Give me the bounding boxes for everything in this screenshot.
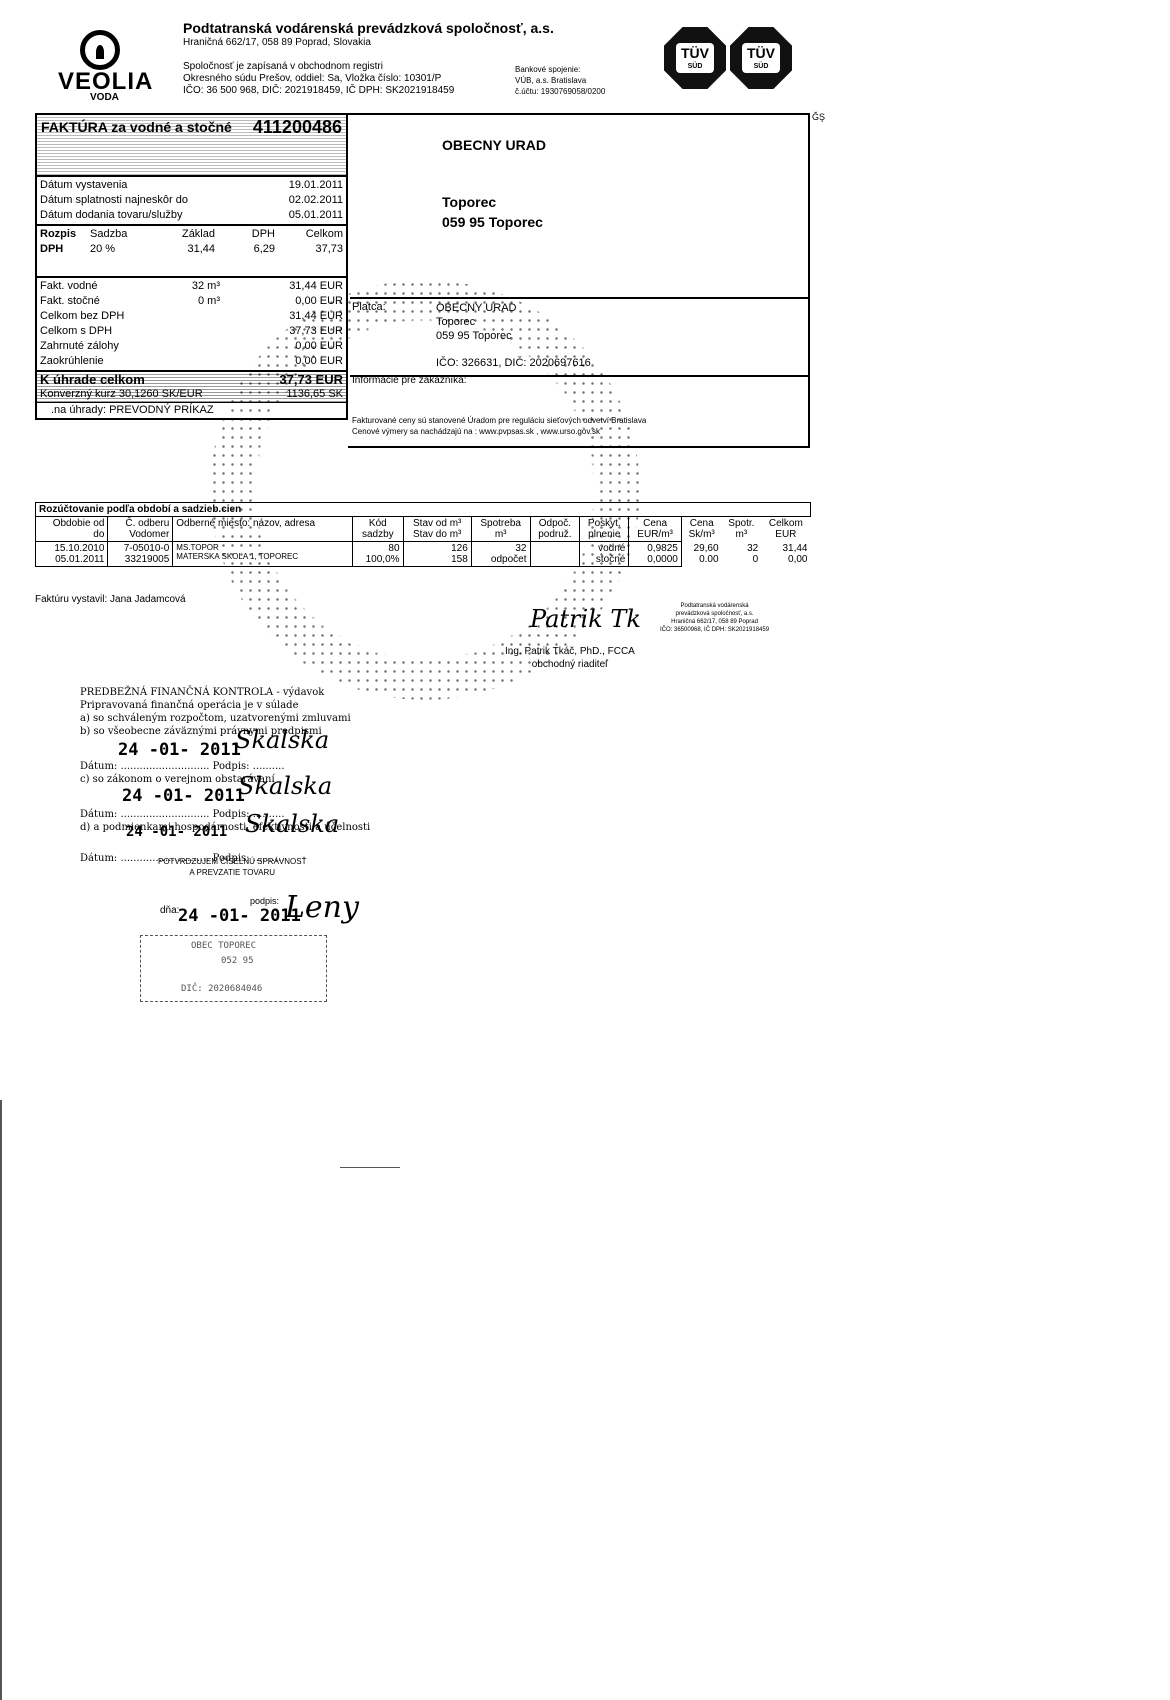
column-header: Spotr.m³ (722, 517, 762, 542)
table-cell: 31,440,00 (761, 542, 810, 567)
charge-label: Fakt. vodné (40, 279, 170, 294)
scan-mark (340, 1167, 400, 1168)
table-cell (530, 542, 580, 567)
control-date-1: 24 -01- 2011 (118, 740, 241, 760)
charge-label: Zaokrúhlenie (40, 354, 170, 369)
charge-line: Fakt. vodné32 m³31,44 EUR (37, 279, 346, 294)
vat-head: DPH (215, 227, 275, 242)
recipient-name: OBECNY URAD (442, 137, 546, 153)
company-registry: Spoločnosť je zapísaná v obchodnom regis… (183, 61, 454, 97)
office-line: 052 95 (221, 956, 254, 966)
sign-label: Podpis: (213, 761, 250, 772)
signatory-name: Ing. Patrik Tkáč, PhD., FCCA (505, 645, 635, 658)
cert-sub: SÜD (742, 63, 780, 71)
date-label: Dátum dodania tovaru/služby (40, 208, 182, 223)
control-date-2: 24 -01- 2011 (122, 786, 245, 806)
confirm-sign-label: podpis: (250, 896, 279, 906)
date-value: 05.01.2011 (289, 208, 343, 223)
stamp-line: IČO: 36500968, IČ DPH: SK2021918459 (660, 626, 769, 634)
charge-qty (170, 354, 220, 369)
charge-qty (170, 339, 220, 354)
vat-row: DPH 20 % 31,44 6,29 37,73 (37, 242, 346, 257)
confirm-date-label: dňa: (160, 905, 179, 916)
charge-label: Fakt. stočné (40, 294, 170, 309)
confirm-date: 24 -01- 2011 (178, 906, 301, 926)
table-cell: 0,98250,0000 (629, 542, 681, 567)
date-row: Dátum vystavenia19.01.2011 (37, 178, 346, 193)
confirm-signature: Leny (285, 890, 359, 925)
company-name: Podtatranská vodárenská prevádzková spol… (183, 20, 554, 36)
table-cell: vodnéstočné (580, 542, 629, 567)
invoice-dates: Dátum vystavenia19.01.2011 Dátum splatno… (37, 177, 346, 226)
vat-header: Rozpis Sadzba Základ DPH Celkom (37, 227, 346, 242)
charge-qty: 32 m³ (170, 279, 220, 294)
date-row: Dátum dodania tovaru/služby05.01.2011 (37, 208, 346, 223)
sign-label: Podpis: (213, 809, 250, 820)
vat-head: Rozpis (40, 227, 90, 242)
vat-head: Základ (145, 227, 215, 242)
company-stamp: Podtatranská vodárenská prevádzková spol… (660, 602, 769, 634)
table-cell: 80100,0% (353, 542, 403, 567)
date-row: Dátum splatnosti najneskôr do02.02.2011 (37, 193, 346, 208)
column-header: Spotrebam³ (471, 517, 530, 542)
column-header: Odpoč.podruž. (530, 517, 580, 542)
invoice-header: FAKTÚRA za vodné a stočné 411200486 (37, 115, 346, 177)
confirm-line: POTVRDZUJEM ČÍSELNÚ SPRÁVNOSŤ (158, 856, 306, 867)
company-address: Hraničná 662/17, 058 89 Poprad, Slovakia (183, 37, 371, 48)
cert-sub: SÜD (676, 63, 714, 71)
office-line: DIČ: 2020684046 (181, 984, 262, 994)
table-cell: 7-05010-033219005 (108, 542, 173, 567)
date-label: Dátum: (80, 853, 117, 864)
column-header: Obdobie oddo (36, 517, 108, 542)
control-line: PREDBEŽNÁ FINANČNÁ KONTROLA - výdavok (80, 686, 370, 699)
bank-line: Bankové spojenie: (515, 64, 605, 75)
date-label: Dátum vystavenia (40, 178, 127, 193)
control-signature-1: Skalska (235, 726, 329, 754)
control-line: Pripravovaná finančná operácia je v súla… (80, 699, 370, 712)
allocation-table: Rozúčtovanie podľa období a sadzieb.cien… (35, 502, 811, 567)
conversion-label: Konverzný kurz 30,1260 SK/EUR (40, 387, 203, 402)
charge-label: Zahrnuté zálohy (40, 339, 170, 354)
signatory: Ing. Patrik Tkáč, PhD., FCCA obchodný ri… (505, 645, 635, 671)
charge-line: Fakt. stočné0 m³0,00 EUR (37, 294, 346, 309)
bank-details: Bankové spojenie: VÚB, a.s. Bratislava č… (515, 64, 605, 97)
charge-label: Celkom bez DPH (40, 309, 170, 324)
charge-qty: 0 m³ (170, 294, 220, 309)
invoice-number: 411200486 (253, 117, 342, 138)
tuv-cert-icon: TÜVSÜD (664, 27, 726, 89)
invoice-title: FAKTÚRA za vodné a stočné (41, 119, 232, 135)
control-line: a) so schváleným rozpočtom, uzatvorenými… (80, 712, 370, 725)
vat-head: Sadzba (90, 227, 145, 242)
office-stamp: OBEC TOPOREC 052 95 DIČ: 2020684046 (140, 935, 327, 1002)
registry-line: IČO: 36 500 968, DIČ: 2021918459, IČ DPH… (183, 85, 454, 97)
column-header: Odberné miesto: názov, adresa (173, 517, 353, 542)
column-header: CenaSk/m³ (681, 517, 721, 542)
registry-line: Okresného súdu Prešov, oddiel: Sa, Vložk… (183, 73, 454, 85)
vat-cell: 20 % (90, 242, 145, 257)
control-signature-3: Skalska (245, 810, 339, 838)
scan-edge (0, 1100, 2, 1700)
column-header: Č. odberuVodomer (108, 517, 173, 542)
recipient-address: Toporec 059 95 Toporec (442, 192, 543, 232)
confirm-line: A PREVZATIE TOVARU (158, 867, 306, 878)
stamp-line: prevádzková spoločnosť, a.s. (660, 610, 769, 618)
vat-breakdown: Rozpis Sadzba Základ DPH Celkom DPH 20 %… (37, 226, 346, 278)
column-header: Stav od m³Stav do m³ (403, 517, 471, 542)
stamp-line: Podtatranská vodárenská (660, 602, 769, 610)
vat-cell: 6,29 (215, 242, 275, 257)
table-cell: 32odpočet (471, 542, 530, 567)
charge-label: Celkom s DPH (40, 324, 170, 339)
page-mark: ĞŞ (812, 112, 825, 122)
date-value: 19.01.2011 (289, 178, 343, 193)
charge-value: 31,44 EUR (220, 279, 343, 294)
vat-cell: DPH (40, 242, 90, 257)
veolia-logo-icon (80, 30, 120, 70)
bank-line: VÚB, a.s. Bratislava (515, 75, 605, 86)
director-signature: Patrik Tk (530, 605, 641, 633)
allocation-title: Rozúčtovanie podľa období a sadzieb.cien (36, 503, 811, 517)
table-cell: 126158 (403, 542, 471, 567)
cert-label: TÜV (747, 45, 775, 61)
date-label: Dátum: (80, 809, 117, 820)
table-row: 15.10.201005.01.20117-05010-033219005MS.… (36, 542, 811, 567)
table-cell: 29,600.00 (681, 542, 721, 567)
watermark-ring (210, 280, 640, 700)
table-cell: 15.10.201005.01.2011 (36, 542, 108, 567)
control-date-3: 24 -01- 2011 (126, 824, 227, 840)
confirmation-stamp: POTVRDZUJEM ČÍSELNÚ SPRÁVNOSŤ A PREVZATI… (158, 856, 306, 878)
total-label: K úhrade celkom (40, 372, 145, 387)
table-cell: MS.TOPORMATERSKA SKOLA 1, TOPOREC (173, 542, 353, 567)
column-header: Poskyt.plnenie (580, 517, 629, 542)
charge-qty (170, 324, 220, 339)
issued-by: Faktúru vystavil: Jana Jadamcová (35, 594, 186, 605)
date-value: 02.02.2011 (289, 193, 343, 208)
date-label: Dátum splatnosti najneskôr do (40, 193, 188, 208)
recipient-line: Toporec (442, 192, 543, 212)
cert-label: TÜV (681, 45, 709, 61)
bank-line: č.účtu: 1930769058/0200 (515, 86, 605, 97)
vat-cell: 37,73 (275, 242, 343, 257)
vat-cell: 31,44 (145, 242, 215, 257)
tuv-cert-icon: TÜVSÜD (730, 27, 792, 89)
date-label: Dátum: (80, 761, 117, 772)
registry-line: Spoločnosť je zapísaná v obchodnom regis… (183, 61, 454, 73)
column-header: CenaEUR/m³ (629, 517, 681, 542)
office-line: OBEC TOPOREC (191, 941, 256, 951)
logo-sub: VODA (90, 92, 119, 103)
column-header: CelkomEUR (761, 517, 810, 542)
vat-head: Celkom (275, 227, 343, 242)
table-cell: 320 (722, 542, 762, 567)
charge-qty (170, 309, 220, 324)
stamp-line: Hraničná 662/17, 058 89 Poprad (660, 618, 769, 626)
column-header: Kódsadzby (353, 517, 403, 542)
signatory-title: obchodný riaditeľ (505, 658, 635, 671)
control-signature-2: Skalska (238, 772, 332, 800)
payment-method-text: .na úhrady: PREVODNÝ PRÍKAZ (51, 403, 214, 418)
recipient-line: 059 95 Toporec (442, 212, 543, 232)
